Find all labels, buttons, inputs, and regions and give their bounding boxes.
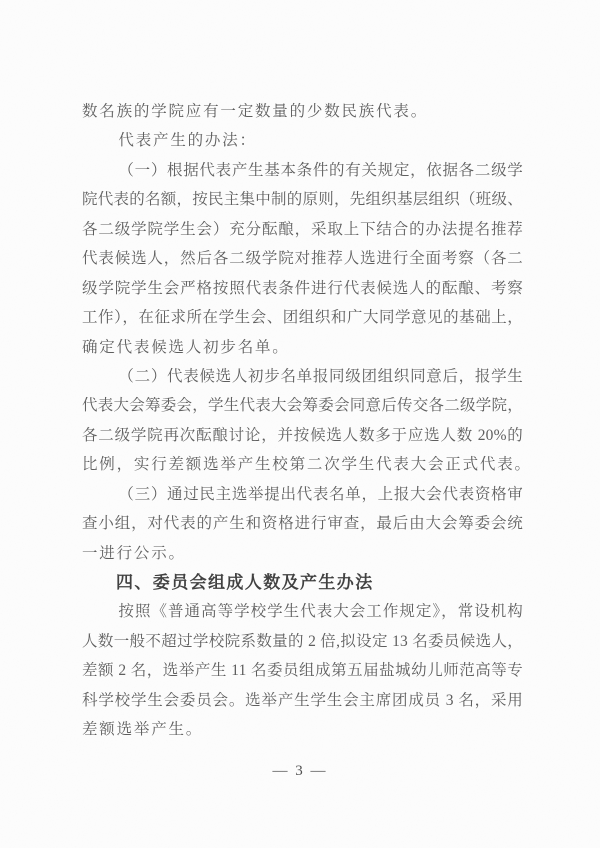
text-line: 数名族的学院应有一定数量的少数民族代表。 bbox=[82, 97, 523, 126]
text-line: 差额选举产生。 bbox=[82, 715, 523, 744]
text-line: 代表产生的办法： bbox=[82, 126, 523, 155]
text-line: 按照《普通高等学校学生代表大会工作规定》，常设机构 bbox=[82, 597, 523, 626]
text-line: 差额 2 名，选举产生 11 名委员组成第五届盐城幼儿师范高等专 bbox=[82, 656, 523, 685]
text-line: （二）代表候选人初步名单报同级团组织同意后，报学生 bbox=[82, 362, 523, 391]
text-line: 比例，实行差额选举产生校第二次学生代表大会正式代表。 bbox=[82, 450, 523, 479]
text-line: （一）根据代表产生基本条件的有关规定，依据各二级学 bbox=[82, 156, 523, 185]
text-line: 人数一般不超过学校院系数量的 2 倍,拟设定 13 名委员候选人， bbox=[82, 627, 523, 656]
text-line: 科学校学生会委员会。选举产生学生会主席团成员 3 名，采用 bbox=[82, 686, 523, 715]
document-body: 数名族的学院应有一定数量的少数民族代表。代表产生的办法：（一）根据代表产生基本条… bbox=[82, 97, 523, 745]
text-line: （三）通过民主选举提出代表名单，上报大会代表资格审 bbox=[82, 480, 523, 509]
text-line: 院代表的名额，按民主集中制的原则，先组织基层组织（班级、 bbox=[82, 185, 523, 214]
page-number: — 3 — bbox=[0, 760, 600, 782]
text-line: 查小组，对代表的产生和资格进行审查，最后由大会筹委会统 bbox=[82, 509, 523, 538]
text-line: 工作），在征求所在学生会、团组织和广大同学意见的基础上， bbox=[82, 303, 523, 332]
text-line: 代表候选人，然后各二级学院对推荐人选进行全面考察（各二 bbox=[82, 244, 523, 273]
text-line: 各二级学院学生会）充分酝酿，采取上下结合的办法提名推荐 bbox=[82, 215, 523, 244]
text-line: 一进行公示。 bbox=[82, 539, 523, 568]
text-line: 确定代表候选人初步名单。 bbox=[82, 333, 523, 362]
document-page: 数名族的学院应有一定数量的少数民族代表。代表产生的办法：（一）根据代表产生基本条… bbox=[0, 0, 600, 848]
text-line: 级学院学生会严格按照代表条件进行代表候选人的酝酿、考察 bbox=[82, 274, 523, 303]
text-line: 代表大会筹委会，学生代表大会筹委会同意后传交各二级学院， bbox=[82, 391, 523, 420]
text-line: 各二级学院再次酝酿讨论，并按候选人数多于应选人数 20%的 bbox=[82, 421, 523, 450]
section-heading: 四、委员会组成人数及产生办法 bbox=[82, 568, 523, 597]
